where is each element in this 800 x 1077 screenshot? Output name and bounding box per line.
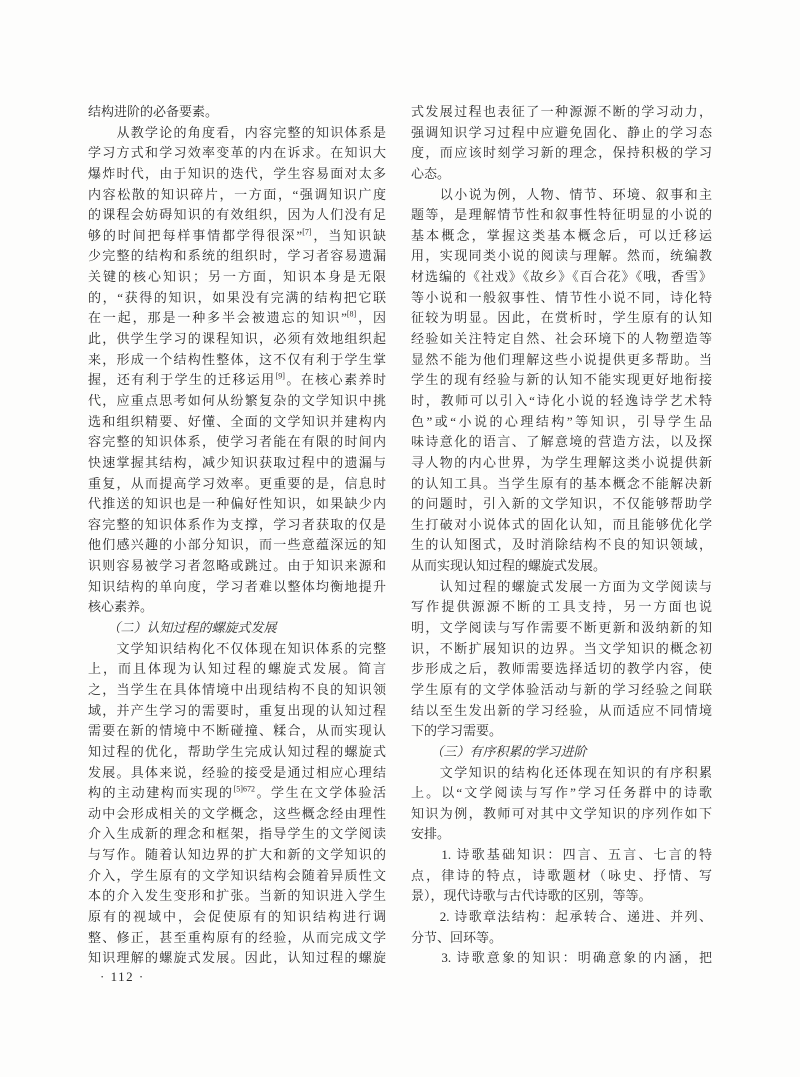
text-line: 以小说为例，人物、情节、环境、叙事和主 [411, 185, 712, 206]
text-line: 题等，是理解情节性和叙事性特征明显的小说的 [411, 205, 712, 226]
text-line: 与写作。随着认知边界的扩大和新的文学知识的 [88, 845, 386, 866]
text-line: 构的主动建构而实现的[5]672。学生在文学体验活 [88, 783, 386, 804]
text-line: 色”或“小说的心理结构”等知识，引导学生品 [411, 412, 712, 433]
citation-ref: [5]672 [234, 785, 255, 794]
text-line: 知识结构的单向度，学习者难以整体均衡地提升 [88, 577, 386, 598]
text-line: 的认知工具。当学生原有的基本概念不能解决新 [411, 474, 712, 495]
text-line: 度，而应该时刻学习新的理念，保持积极的学习 [411, 143, 712, 164]
text-line: 学生原有的文学体验活动与新的学习经验之间联 [411, 680, 712, 701]
text-line: 容完整的知识体系作为支撑，学习者获取的仅是 [88, 515, 386, 536]
text-line: 在一起，那是一种多半会被遗忘的知识”[8]，因 [88, 308, 386, 329]
text-line: 识，不断扩展知识的边界。当文学知识的概念初 [411, 639, 712, 660]
text-line: 1. 诗歌基础知识：四言、五言、七言的特 [411, 845, 712, 866]
text-line: 握，还有利于学生的迁移运用[9]。在核心素养时 [88, 370, 386, 391]
text-line: 原有的视域中，会促使原有的知识结构进行调 [88, 907, 386, 928]
text-line: 上。以“文学阅读与写作”学习任务群中的诗歌 [411, 783, 712, 804]
text-line: 显然不能为他们理解这些小说提供更多帮助。当 [411, 350, 712, 371]
text-line: 结构进阶的必备要素。 [88, 102, 386, 123]
text-line: 下的学习需要。 [411, 721, 712, 742]
text-line: 3. 诗歌意象的知识：明确意象的内涵，把 [411, 948, 712, 969]
text-line: 选和组织精要、好懂、全面的文学知识并建构内 [88, 412, 386, 433]
text-line: 少完整的结构和系统的组织时，学习者容易遗漏 [88, 246, 386, 267]
right-column: 式发展过程也表征了一种源源不断的学习动力，强调知识学习过程中应避免固化、静止的学… [411, 102, 712, 969]
text-line: 时，教师可以引入“诗化小说的轻逸诗学艺术特 [411, 391, 712, 412]
text-line: 此，供学生学习的课程知识，必须有效地组织起 [88, 329, 386, 350]
text-line: 的问题时，引入新的文学知识，不仅能够帮助学 [411, 494, 712, 515]
text-line: 之，当学生在具体情境中出现结构不良的知识领 [88, 680, 386, 701]
text-line: 重复，从而提高学习效率。更重要的是，信息时 [88, 474, 386, 495]
text-line: 代，应重点思考如何从纷繁复杂的文学知识中挑 [88, 391, 386, 412]
text-line: 等小说和一般叙事性、情节性小说不同，诗化特 [411, 288, 712, 309]
text-line: 动中会形成相关的文学概念，这些概念经由理性 [88, 804, 386, 825]
text-line: 的，“获得的知识，如果没有完满的结构把它联 [88, 288, 386, 309]
text-line: 介入，学生原有的文学知识结构会随着异质性文 [88, 866, 386, 887]
text-line: 材选编的《社戏》《故乡》《百合花》《哦，香雪》 [411, 267, 712, 288]
text-line: 关键的核心知识；另一方面，知识本身是无限 [88, 267, 386, 288]
scanned-paper-page: 结构进阶的必备要素。 从教学论的角度看，内容完整的知识体系是学习方式和学习效率变… [0, 0, 800, 1077]
text-line: 安排。 [411, 824, 712, 845]
text-line: 心态。 [411, 164, 712, 185]
text-line: 上，而且体现为认知过程的螺旋式发展。简言 [88, 659, 386, 680]
citation-ref: [7] [302, 228, 311, 237]
text-line: 写作提供源源不断的工具支持，另一方面也说 [411, 597, 712, 618]
text-line: 知过程的优化，帮助学生完成认知过程的螺旋式 [88, 742, 386, 763]
text-line: 够的时间把每样事情都学得很深”[7]，当知识缺 [88, 226, 386, 247]
text-line: 本的介入发生变形和扩张。当新的知识进入学生 [88, 886, 386, 907]
text-line: 强调知识学习过程中应避免固化、静止的学习态 [411, 123, 712, 144]
text-line: 识则容易被学习者忽略或跳过。由于知识来源和 [88, 556, 386, 577]
text-line: 从而实现认知过程的螺旋式发展。 [411, 556, 712, 577]
text-line: 生的认知图式，及时消除结构不良的知识领域， [411, 535, 712, 556]
text-line: 的课程会妨碍知识的有效组织，因为人们没有足 [88, 205, 386, 226]
section-heading: （三）有序积累的学习进阶 [411, 742, 712, 763]
text-line: 代推送的知识也是一种偏好性知识，如果缺少内 [88, 494, 386, 515]
text-line: 从教学论的角度看，内容完整的知识体系是 [88, 123, 386, 144]
text-line: 容完整的知识体系，使学习者能在有限的时间内 [88, 432, 386, 453]
text-line: 用，实现同类小说的阅读与理解。然而，统编教 [411, 246, 712, 267]
text-line: 知识为例，教师可对其中文学知识的序列作如下 [411, 804, 712, 825]
text-line: 征较为明显。因此，在赏析时，学生原有的认知 [411, 308, 712, 329]
text-line: 结以至生发出新的学习经验，从而适应不同情境 [411, 701, 712, 722]
text-line: 味诗意化的语言、了解意境的营造方法，以及探 [411, 432, 712, 453]
text-line: 点，律诗的特点，诗歌题材（咏史、抒情、写 [411, 866, 712, 887]
text-line: 学生的现有经验与新的认知不能实现更好地衔接 [411, 370, 712, 391]
text-line: 介入生成新的理念和框架，指导学生的文学阅读 [88, 824, 386, 845]
text-line: 快速掌握其结构，减少知识获取过程中的遗漏与 [88, 453, 386, 474]
text-line: 域，并产生学习的需要时，重复出现的认知过程 [88, 701, 386, 722]
left-column: 结构进阶的必备要素。 从教学论的角度看，内容完整的知识体系是学习方式和学习效率变… [88, 102, 386, 969]
text-line: 基本概念，掌握这类基本概念后，可以迁移运 [411, 226, 712, 247]
text-line: 来，形成一个结构性整体，这不仅有利于学生掌 [88, 350, 386, 371]
text-line: 寻人物的内心世界，为学生理解这类小说提供新 [411, 453, 712, 474]
text-line: 内容松散的知识碎片，一方面，“强调知识广度 [88, 185, 386, 206]
citation-ref: [9] [276, 372, 285, 381]
text-line: 发展。具体来说，经验的接受是通过相应心理结 [88, 763, 386, 784]
text-line: 核心素养。 [88, 597, 386, 618]
text-line: 学习方式和学习效率变革的内在诉求。在知识大 [88, 143, 386, 164]
text-line: 他们感兴趣的小部分知识，而一些意蕴深远的知 [88, 535, 386, 556]
citation-ref: [8] [347, 310, 356, 319]
section-heading: （二）认知过程的螺旋式发展 [88, 618, 386, 639]
text-line: 认知过程的螺旋式发展一方面为文学阅读与 [411, 577, 712, 598]
text-line: 文学知识结构化不仅体现在知识体系的完整 [88, 639, 386, 660]
text-line: 需要在新的情境中不断碰撞、糅合，从而实现认 [88, 721, 386, 742]
text-line: 式发展过程也表征了一种源源不断的学习动力， [411, 102, 712, 123]
text-line: 文学知识的结构化还体现在知识的有序积累 [411, 763, 712, 784]
text-line: 爆炸时代，由于知识的迭代，学生容易面对太多 [88, 164, 386, 185]
text-line: 经验如关注特定自然、社会环境下的人物塑造等 [411, 329, 712, 350]
text-line: 2. 诗歌章法结构：起承转合、递进、并列、 [411, 907, 712, 928]
text-line: 生打破对小说体式的固化认知，而且能够优化学 [411, 515, 712, 536]
text-line: 步形成之后，教师需要选择适切的教学内容，使 [411, 659, 712, 680]
text-line: 景），现代诗歌与古代诗歌的区别，等等。 [411, 886, 712, 907]
text-line: 明，文学阅读与写作需要不断更新和汲纳新的知 [411, 618, 712, 639]
text-line: 整、修正，甚至重构原有的经验，从而完成文学 [88, 928, 386, 949]
page-number: · 112 · [100, 967, 145, 987]
text-line: 知识理解的螺旋式发展。因此，认知过程的螺旋 [88, 948, 386, 969]
text-line: 分节、回环等。 [411, 928, 712, 949]
